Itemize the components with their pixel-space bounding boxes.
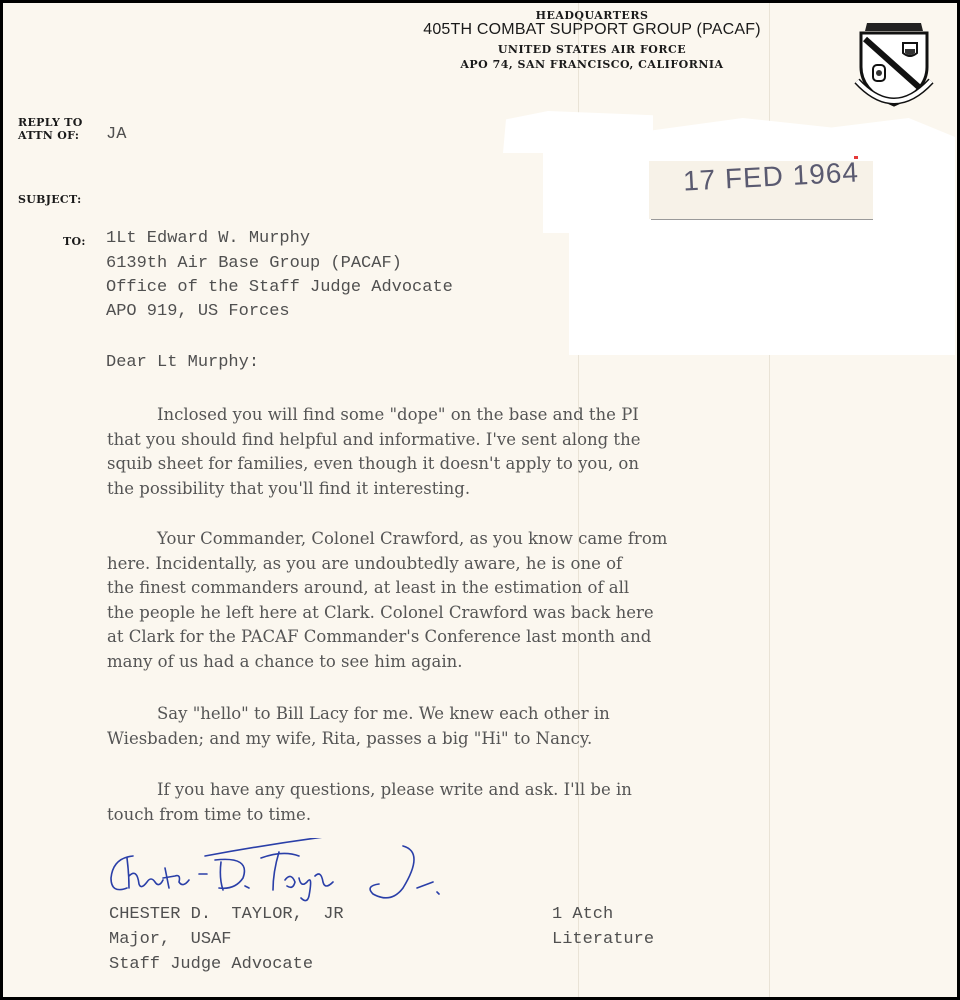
subject-label: SUBJECT: xyxy=(18,193,81,206)
attachment-count: 1 Atch xyxy=(552,905,613,924)
signer-name: CHESTER D. TAYLOR, JR xyxy=(109,905,344,924)
attachment-item: Literature xyxy=(552,930,654,949)
paragraph-1: Inclosed you will find some "dope" on th… xyxy=(107,403,640,501)
salutation: Dear Lt Murphy: xyxy=(106,353,259,372)
tape-strip xyxy=(543,143,583,233)
letter-page: HEADQUARTERS 405TH COMBAT SUPPORT GROUP … xyxy=(3,3,957,997)
letterhead-address: APO 74, SAN FRANCISCO, CALIFORNIA xyxy=(115,58,960,71)
handwritten-signature xyxy=(103,838,443,908)
recipient-unit: 6139th Air Base Group (PACAF) xyxy=(106,254,402,273)
recipient-address: APO 919, US Forces xyxy=(106,302,290,321)
paragraph-4: If you have any questions, please write … xyxy=(107,778,632,827)
signer-rank: Major, USAF xyxy=(109,930,231,949)
letterhead-service: UNITED STATES AIR FORCE xyxy=(115,43,960,56)
reply-to-label: REPLY TO ATTN OF: xyxy=(18,116,83,142)
reply-to-value: JA xyxy=(106,125,126,144)
recipient-office: Office of the Staff Judge Advocate xyxy=(106,278,453,297)
recipient-name: 1Lt Edward W. Murphy xyxy=(106,229,310,248)
signer-title: Staff Judge Advocate xyxy=(109,955,313,974)
to-label: TO: xyxy=(63,235,86,248)
tape-strip xyxy=(569,118,955,355)
paragraph-3: Say "hello" to Bill Lacy for me. We knew… xyxy=(107,702,610,751)
paragraph-2: Your Commander, Colonel Crawford, as you… xyxy=(107,527,667,675)
stamp-underline xyxy=(651,219,873,220)
unit-crest-icon xyxy=(853,17,935,109)
letterhead-unit: 405TH COMBAT SUPPORT GROUP (PACAF) xyxy=(115,21,960,39)
